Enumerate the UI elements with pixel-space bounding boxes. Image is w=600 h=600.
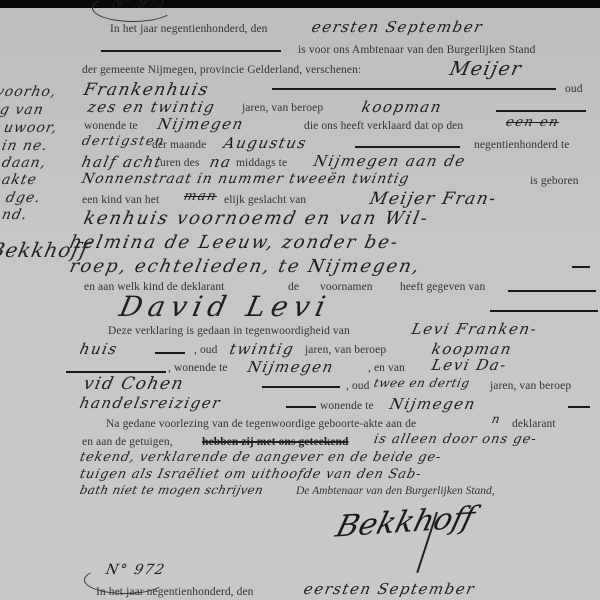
afternoon-na: na bbox=[208, 153, 233, 171]
witness-2-name-cont: vid Cohen bbox=[82, 374, 186, 394]
next-entry-number: N° 972 bbox=[104, 562, 167, 578]
label-wonende-te-2: , wonende te bbox=[168, 362, 228, 374]
label-uren-des: uren des bbox=[160, 157, 199, 169]
label-deklarant: deklarant bbox=[512, 418, 556, 430]
birth-place: Nijmegen aan de bbox=[312, 152, 468, 170]
label-jaren-beroep-2: jaren, van beroep bbox=[305, 344, 386, 356]
next-printed-line-1: In het jaar negentienhonderd, den bbox=[96, 586, 254, 598]
blank-line bbox=[262, 386, 340, 388]
blank-line bbox=[572, 266, 590, 268]
declarant-occupation: koopman bbox=[360, 98, 444, 116]
label-wonende-te: wonende te bbox=[84, 120, 138, 132]
witness-1-name: Levi Franken- bbox=[410, 320, 539, 338]
entry-number: N° 971 bbox=[110, 0, 169, 11]
label-oud-2: , oud bbox=[194, 344, 218, 356]
closing-line-2: tekend, verklarende de aangever en de be… bbox=[78, 450, 442, 465]
closing-line-4: bath niet te mogen schrijven bbox=[79, 483, 265, 497]
parents-line-2: kenhuis voornoemd en van Wil- bbox=[82, 208, 431, 229]
label-getuigen: en aan de getuigen, bbox=[82, 436, 173, 448]
closing-line-3: tuigen als Israëliet om uithoofde van de… bbox=[78, 467, 422, 482]
margin-note: in ne. bbox=[0, 138, 49, 154]
blank-line bbox=[272, 88, 556, 90]
birth-month: Augustus bbox=[222, 134, 309, 152]
witness-1-residence: Nijmegen bbox=[246, 358, 336, 376]
declarant-first-name: Meijer bbox=[448, 58, 525, 80]
label-verklaring: Deze verklaring is gedaan in tegenwoordi… bbox=[108, 325, 350, 337]
witness-2-occupation: handelsreiziger bbox=[78, 394, 223, 412]
witness-2-name: Levi Da- bbox=[430, 356, 509, 374]
label-oud: oud bbox=[565, 83, 583, 95]
blank-line bbox=[101, 50, 281, 52]
declarant-surname: Frankenhuis bbox=[82, 80, 211, 100]
label-heeft-gegeven: heeft gegeven van bbox=[400, 281, 485, 293]
blank-line bbox=[286, 406, 316, 408]
label-jaren-beroep: jaren, van beroep bbox=[242, 102, 323, 114]
label-en-van: , en van bbox=[368, 362, 405, 374]
label-verklaard: die ons heeft verklaard dat op den bbox=[304, 120, 463, 132]
parents-line-3: helmina de Leeuw, zonder be- bbox=[68, 232, 401, 253]
margin-note: voorho, bbox=[0, 84, 58, 100]
child-name: David Levi bbox=[116, 290, 334, 323]
blank-line bbox=[355, 146, 460, 148]
witness-1-age: twintig bbox=[228, 340, 296, 358]
declarant-age: zes en twintig bbox=[86, 98, 217, 116]
margin-note: g van bbox=[0, 102, 45, 118]
declarant-residence: Nijmegen bbox=[156, 115, 246, 133]
birth-hour: half acht bbox=[80, 153, 164, 171]
label-negentienhonderd-te: negentienhonderd te bbox=[474, 139, 569, 151]
label-oud-3: , oud bbox=[346, 380, 370, 392]
date-written: eersten September bbox=[310, 18, 485, 36]
margin-note: dge. bbox=[4, 190, 42, 206]
label-middags-te: middags te bbox=[236, 157, 287, 169]
blank-line bbox=[496, 110, 586, 112]
printed-line-3: der gemeente Nijmegen, provincie Gelderl… bbox=[82, 64, 361, 76]
blank-line bbox=[155, 352, 185, 354]
margin-signature: Bekkhoff bbox=[0, 238, 91, 262]
witness-2-age: twee en dertig bbox=[373, 376, 472, 390]
blank-line bbox=[66, 371, 166, 373]
margin-note: uwoor, bbox=[2, 120, 59, 136]
closing-line-1: is alleen door ons ge- bbox=[372, 432, 538, 447]
margin-note: nd. bbox=[0, 207, 29, 223]
label-voorlezing: Na gedane voorlezing van de tegenwoordig… bbox=[106, 418, 416, 430]
blank-line bbox=[568, 406, 590, 408]
next-date-written: eersten September bbox=[302, 580, 477, 598]
label-der-maande: der maande bbox=[152, 139, 206, 151]
witness-2-residence: Nijmegen bbox=[388, 395, 478, 413]
label-lijk-geslacht: elijk geslacht van bbox=[224, 194, 306, 206]
blank-line bbox=[490, 310, 598, 312]
birth-address: Nonnenstraat in nummer tweeën twintig bbox=[80, 171, 411, 187]
label-is-geboren: is geboren bbox=[530, 175, 579, 187]
blank-line bbox=[508, 290, 596, 292]
printed-line-1: In het jaar negentienhonderd, den bbox=[110, 23, 268, 35]
printed-line-2: is voor ons Ambtenaar van den Burgerlijk… bbox=[298, 44, 535, 56]
parents-line-4: roep, echtelieden, te Nijmegen, bbox=[68, 256, 423, 277]
label-kind-van-het: een kind van het bbox=[82, 194, 159, 206]
child-gender: man bbox=[182, 189, 218, 204]
parents-line-1: Meijer Fran- bbox=[368, 189, 499, 209]
struck-day: een en bbox=[504, 115, 560, 130]
margin-note: akte bbox=[0, 172, 38, 188]
struck-signed-clause: hebben zij met ons geteekend bbox=[202, 436, 349, 448]
label-jaren-beroep-3: jaren, van beroep bbox=[490, 380, 571, 392]
label-wonende-te-3: wonende te bbox=[320, 400, 374, 412]
official-label: De Ambtenaar van den Burgerlijken Stand, bbox=[296, 485, 495, 497]
witness-1-name-cont: huis bbox=[78, 340, 120, 358]
margin-note: daan, bbox=[0, 155, 48, 171]
